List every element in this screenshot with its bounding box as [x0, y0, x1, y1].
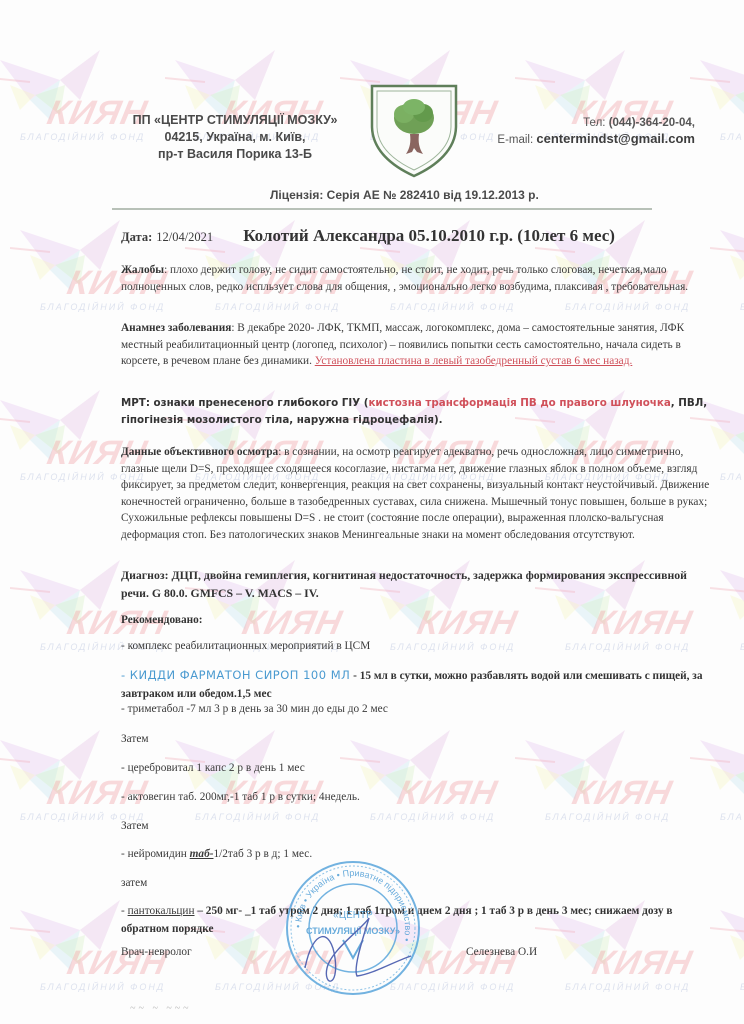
rec-cerebrovital: - церебровитал 1 капс 2 р в день 1 мес [121, 760, 711, 777]
tree-shield-logo-icon [366, 82, 462, 178]
svg-text:«ЦЕНТР: «ЦЕНТР [333, 910, 373, 921]
date-value: 12/04/2021 [156, 230, 213, 244]
organization-name: ПП «ЦЕНТР СТИМУЛЯЦІЇ МОЗКУ» [110, 112, 360, 129]
rec-trimetabol: - триметабол -7 мл 3 р в день за 30 мин … [121, 701, 711, 718]
then-label-2: Затем [121, 818, 711, 835]
date-label: Дата: [121, 230, 152, 244]
exam-text: : в сознании, на осмотр реагирует адеква… [121, 446, 709, 541]
exam-label: Данные объективного осмотра [121, 446, 278, 458]
round-stamp-icon: • Київ • Україна • Приватне підприємство… [283, 858, 423, 998]
anamnesis-label: Анамнез заболевания [121, 322, 231, 334]
complaints-text: : плохо держит голову, не сидит самостоя… [121, 264, 688, 293]
faint-handwriting: ~~ ~ ~~~ [130, 1003, 191, 1014]
complaints-label: Жалобы [121, 264, 164, 276]
header-divider [112, 208, 652, 210]
rec-neiromidin-tab: таб- [190, 848, 214, 860]
organization-block: ПП «ЦЕНТР СТИМУЛЯЦІЇ МОЗКУ» 04215, Украї… [110, 112, 360, 163]
patient-name: Колотий Александра 05.10.2010 г.р. (10ле… [243, 226, 615, 245]
rec-neiromidin-pre: - нейромидин [121, 848, 190, 860]
mri-paragraph: МРТ: ознаки пренесеного глибокого ГІУ (к… [121, 395, 711, 429]
then-label-1: Затем [121, 731, 711, 748]
license-info: Ліцензія: Серія АЕ № 282410 від 19.12.20… [270, 188, 539, 202]
rec-complex: - комплекс реабилитационных мероприятий … [121, 638, 711, 655]
rec-kiddi: - КИДДИ ФАРМАТОН СИРОП 100 МЛ - 15 мл в … [121, 666, 711, 703]
anamnesis-highlight: Установлена пластина в левый тазобедренн… [315, 355, 633, 367]
rec-kiddi-name: - КИДДИ ФАРМАТОН СИРОП 100 МЛ [121, 668, 350, 682]
rec-panto-dash: - [121, 905, 128, 917]
contacts-block: Тел: (044)-364-20-04, E-mail: centermind… [485, 116, 695, 148]
phone-label: Тел: [583, 117, 605, 129]
patient-title-row: Дата: 12/04/2021 Колотий Александра 05.1… [121, 226, 721, 246]
mri-prefix: МРТ: ознаки пренесеного глибокого ГІУ ( [121, 397, 368, 409]
anamnesis-paragraph: Анамнез заболевания: В декабре 2020- ЛФК… [121, 320, 711, 370]
phone-number: (044)-364-20-04, [609, 117, 695, 129]
doctor-name: Селезнева О.И [466, 944, 666, 961]
diagnosis-paragraph: Диагноз: ДЦП, двойна гемиплегия, когнити… [121, 566, 711, 602]
medical-document: ПП «ЦЕНТР СТИМУЛЯЦІЇ МОЗКУ» 04215, Украї… [0, 0, 744, 1024]
email-label: E-mail: [497, 134, 533, 146]
rec-actovegin: - актовегин таб. 200мг,-1 таб 1 р в сутк… [121, 789, 711, 806]
mri-highlight: кистозна трансформація ПВ до правого шлу… [368, 397, 670, 409]
exam-paragraph: Данные объективного осмотра: в сознании,… [121, 444, 711, 543]
address-line-1: 04215, Україна, м. Київ, [110, 129, 360, 146]
recommended-label: Рекомендовано: [121, 612, 711, 629]
address-line-2: пр-т Василя Порика 13-Б [110, 146, 360, 163]
rec-panto-name: пантокальцин [128, 905, 195, 917]
complaints-paragraph: Жалобы: плохо держит голову, не сидит са… [121, 262, 711, 295]
email-address[interactable]: centermindst@gmail.com [536, 131, 695, 146]
